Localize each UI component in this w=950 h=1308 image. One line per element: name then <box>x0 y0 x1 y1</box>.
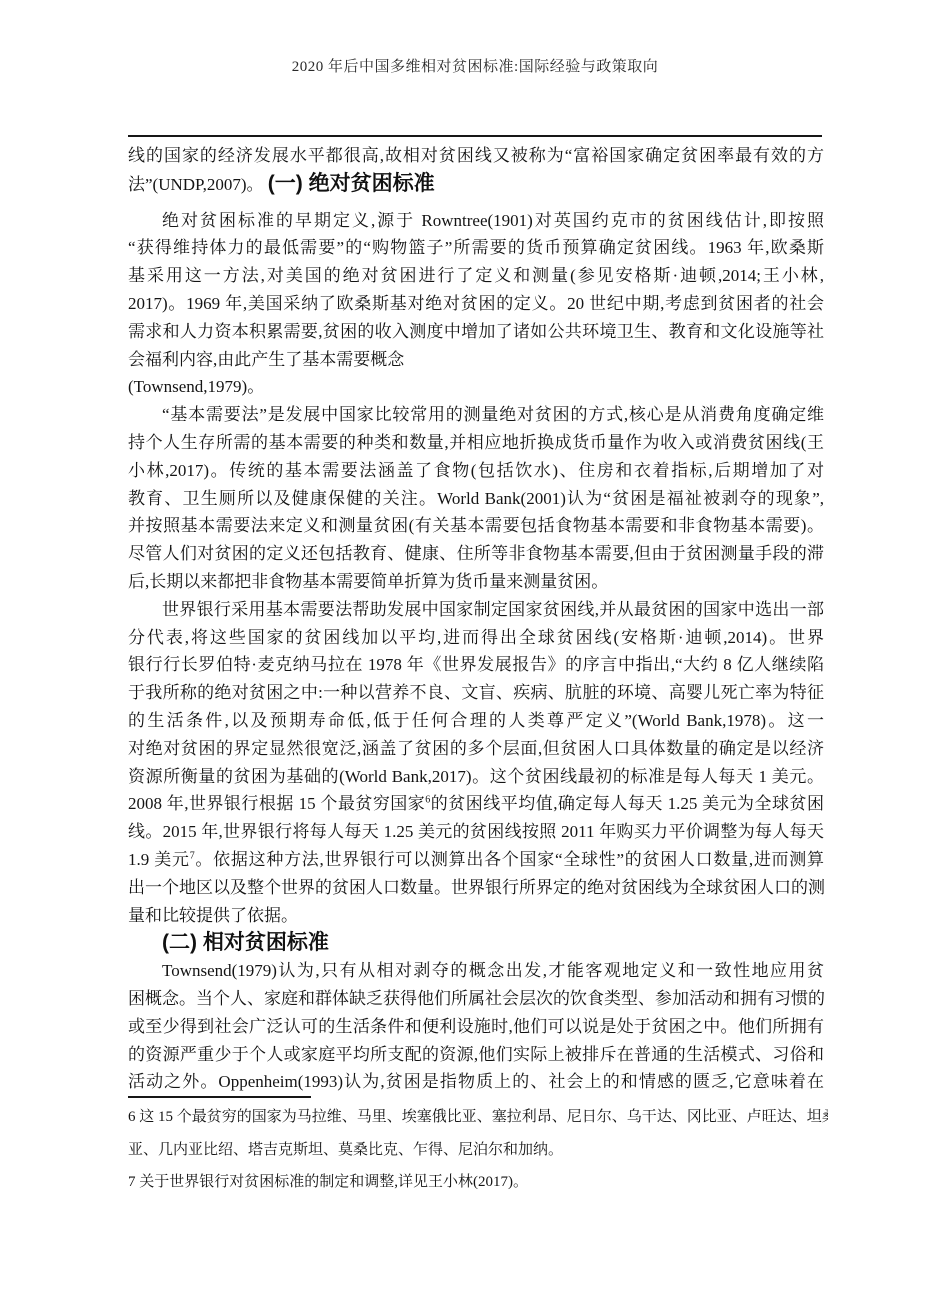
body-line: 的生活条件,以及预期寿命低,低于任何合理的人类尊严定义”(World Bank,… <box>128 707 824 735</box>
body-text: 1.9 美元 <box>128 850 190 869</box>
body-line: (Townsend,1979)。 <box>128 373 824 401</box>
footnote-6-line-1: 6 这 15 个最贫穷的国家为马拉维、马里、埃塞俄比亚、塞拉利昂、尼日尔、乌干达… <box>128 1101 828 1134</box>
body-line: 需求和人力资本积累需要,贫困的收入测度中增加了诸如公共环境卫生、教育和文化设施等… <box>128 318 824 346</box>
section-heading-absolute-poverty: (一) 绝对贫困标准 <box>268 172 435 195</box>
body-line: 教育、卫生厕所以及健康保健的关注。World Bank(2001)认为“贫困是福… <box>128 485 824 513</box>
body-line: 量和比较提供了依据。 <box>128 902 824 930</box>
body-line: Townsend(1979)认为,只有从相对剥夺的概念出发,才能客观地定义和一致… <box>128 957 824 985</box>
body-line: 并按照基本需要法来定义和测量贫困(有关基本需要包括食物基本需要和非食物基本需要)… <box>128 512 824 540</box>
body-line: 或至少得到社会广泛认可的生活条件和便利设施时,他们可以说是处于贫困之中。他们所拥… <box>128 1013 824 1041</box>
body-line: “获得维持体力的最低需要”的“购物篮子”所需要的货币预算确定贫困线。1963 年… <box>128 234 824 262</box>
body-text: 的贫困线平均值,确定每人每天 1.25 美元为全球贫困 <box>430 794 824 813</box>
footnote-6-line-2: 亚、几内亚比绍、塔吉克斯坦、莫桑比克、乍得、尼泊尔和加纳。 <box>128 1134 828 1167</box>
body-text: 。依据这种方法,世界银行可以测算出各个国家“全球性”的贫困人口数量,进而测算 <box>195 850 824 869</box>
body-line: 会福利内容,由此产生了基本需要概念 <box>128 346 824 374</box>
document-page: 2020 年后中国多维相对贫困标准:国际经验与政策取向 线的国家的经济发展水平都… <box>0 0 950 1308</box>
body-line: 世界银行采用基本需要法帮助发展中国家制定国家贫困线,并从最贫困的国家中选出一部 <box>128 596 824 624</box>
footnotes-block: 6 这 15 个最贫穷的国家为马拉维、马里、埃塞俄比亚、塞拉利昂、尼日尔、乌干达… <box>128 1101 828 1199</box>
body-line: 法”(UNDP,2007)。 (一) 绝对贫困标准 <box>128 170 824 199</box>
body-line: 银行行长罗伯特·麦克纳马拉在 1978 年《世界发展报告》的序言中指出,“大约 … <box>128 651 824 679</box>
document-body: 线的国家的经济发展水平都很高,故相对贫困线又被称为“富裕国家确定贫困率最有效的方… <box>128 142 824 1096</box>
page-header-title: 2020 年后中国多维相对贫困标准:国际经验与政策取向 <box>0 57 950 77</box>
body-line: 绝对贫困标准的早期定义,源于 Rowntree(1901)对英国约克市的贫困线估… <box>128 207 824 235</box>
header-divider <box>128 135 822 137</box>
body-line: 困概念。当个人、家庭和群体缺乏获得他们所属社会层次的饮食类型、参加活动和拥有习惯… <box>128 985 824 1013</box>
body-line: 持个人生存所需的基本需要的种类和数量,并相应地折换成货币量作为收入或消费贫困线(… <box>128 429 824 457</box>
body-line: 资源所衡量的贫困为基础的(World Bank,2017)。这个贫困线最初的标准… <box>128 763 824 791</box>
body-line: 线的国家的经济发展水平都很高,故相对贫困线又被称为“富裕国家确定贫困率最有效的方 <box>128 142 824 170</box>
body-line: 1.9 美元7。依据这种方法,世界银行可以测算出各个国家“全球性”的贫困人口数量… <box>128 846 824 874</box>
body-text: 2008 年,世界银行根据 15 个最贫穷国家 <box>128 794 425 813</box>
body-line: 对绝对贫困的界定显然很宽泛,涵盖了贫困的多个层面,但贫困人口具体数量的确定是以经… <box>128 735 824 763</box>
body-line: 线。2015 年,世界银行将每人每天 1.25 美元的贫困线按照 2011 年购… <box>128 818 824 846</box>
body-line: 出一个地区以及整个世界的贫困人口数量。世界银行所界定的绝对贫困线为全球贫困人口的… <box>128 874 824 902</box>
body-line: 活动之外。Oppenheim(1993)认为,贫困是指物质上的、社会上的和情感的… <box>128 1068 824 1096</box>
body-line: 2008 年,世界银行根据 15 个最贫穷国家6的贫困线平均值,确定每人每天 1… <box>128 790 824 818</box>
body-line: 后,长期以来都把非食物基本需要简单折算为货币量来测量贫困。 <box>128 568 824 596</box>
body-line: 2017)。1969 年,美国采纳了欧桑斯基对绝对贫困的定义。20 世纪中期,考… <box>128 290 824 318</box>
footnote-7: 7 关于世界银行对贫困标准的制定和调整,详见王小林(2017)。 <box>128 1166 828 1199</box>
section-heading-relative-poverty: (二) 相对贫困标准 <box>128 929 824 957</box>
body-line: 的资源严重少于个人或家庭平均所支配的资源,他们实际上被排斥在普通的生活模式、习俗… <box>128 1041 824 1069</box>
body-text: 法”(UNDP,2007)。 <box>128 175 268 194</box>
body-line: “基本需要法”是发展中国家比较常用的测量绝对贫困的方式,核心是从消费角度确定维 <box>128 401 824 429</box>
body-line: 于我所称的绝对贫困之中:一种以营养不良、文盲、疾病、肮脏的环境、高婴儿死亡率为特… <box>128 679 824 707</box>
body-line: 分代表,将这些国家的贫困线加以平均,进而得出全球贫困线(安格斯·迪顿,2014)… <box>128 624 824 652</box>
body-line: 基采用这一方法,对美国的绝对贫困进行了定义和测量(参见安格斯·迪顿,2014;王… <box>128 262 824 290</box>
body-line: 尽管人们对贫困的定义还包括教育、健康、住所等非食物基本需要,但由于贫困测量手段的… <box>128 540 824 568</box>
footnote-separator <box>128 1096 311 1098</box>
body-line: 小林,2017)。传统的基本需要法涵盖了食物(包括饮水)、住房和衣着指标,后期增… <box>128 457 824 485</box>
